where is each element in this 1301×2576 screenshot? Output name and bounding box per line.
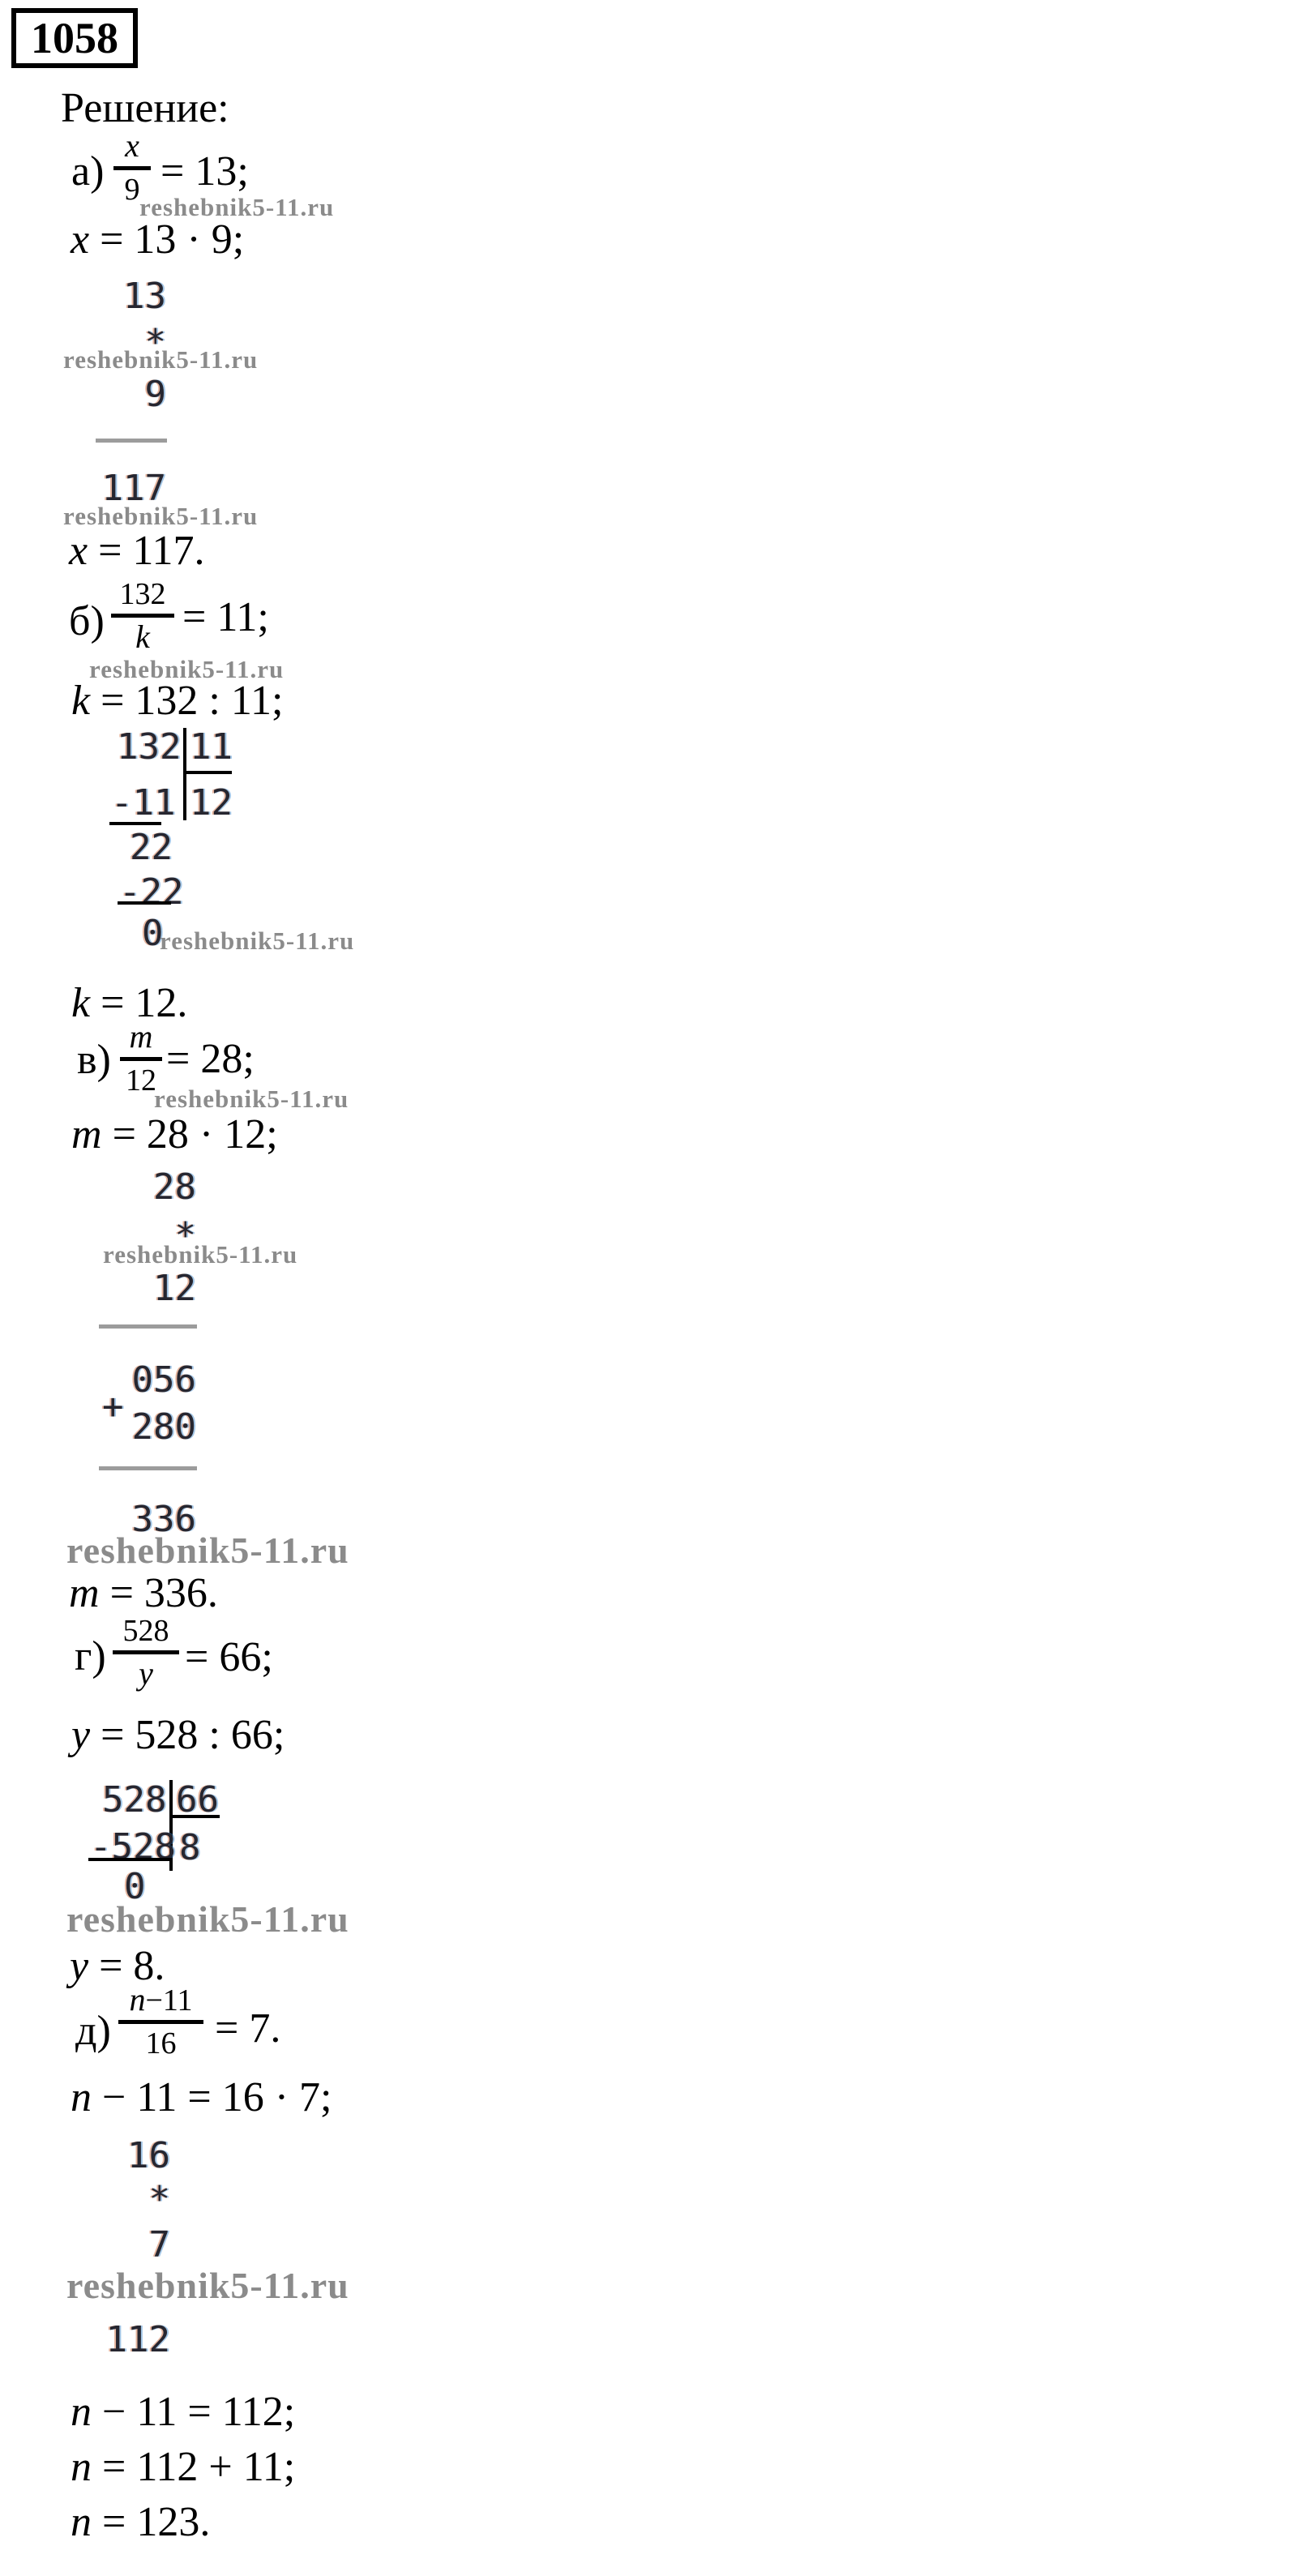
part-g-step: y = 528 : 66; — [71, 1711, 285, 1760]
part-a-rhs: = 13; — [160, 148, 249, 196]
division-remainder: 22 — [130, 828, 173, 867]
division-divisor: 11 — [190, 728, 233, 767]
division-dividend: 528 — [102, 1781, 166, 1820]
part-a-answer: x = 117. — [69, 527, 205, 576]
mult-factor1: 16 — [97, 2137, 170, 2176]
division-subtrahend: -22 — [119, 873, 183, 912]
part-v-step: m = 28 · 12; — [71, 1110, 278, 1159]
problem-number-box: 1058 — [11, 8, 138, 68]
fraction-bar — [120, 1057, 162, 1061]
fraction-numerator: 132 — [120, 576, 166, 613]
watermark: reshebnik5-11.ru — [66, 2264, 349, 2308]
part-g-rhs: = 66; — [185, 1633, 273, 1682]
division-quotient: 12 — [190, 784, 233, 823]
problem-number: 1058 — [31, 14, 118, 62]
part-b-fraction: 132 k — [111, 576, 174, 657]
part-a-label: а) — [71, 148, 104, 196]
part-d-label: д) — [75, 2007, 111, 2056]
part-b-step: k = 132 : 11; — [71, 677, 283, 725]
part-d-rhs: = 7. — [215, 2005, 280, 2053]
multiplication-rule-line — [99, 1466, 197, 1470]
fraction-numerator: m — [130, 1018, 153, 1056]
part-v-answer: m = 336. — [69, 1569, 218, 1618]
part-g-label: г) — [75, 1632, 106, 1681]
part-v-label: в) — [77, 1036, 111, 1085]
mult-factor2: 7 — [97, 2226, 170, 2265]
division-underline — [109, 822, 161, 825]
watermark: reshebnik5-11.ru — [160, 926, 354, 956]
multiplication-rule-line — [99, 1324, 197, 1329]
mult-partial-product: 056 — [123, 1361, 196, 1400]
division-underline — [88, 1858, 173, 1861]
part-d-step: n − 11 = 16 · 7; — [71, 2073, 332, 2122]
division-divisor: 66 — [176, 1781, 219, 1820]
division-vertical-bar — [183, 728, 186, 820]
fraction-denominator: k — [135, 618, 150, 657]
multiplication-rule-line — [96, 439, 167, 443]
division-quotient-line — [169, 1815, 220, 1818]
fraction-bar — [118, 2020, 203, 2024]
fraction-denominator: 12 — [126, 1062, 156, 1099]
division-subtrahend: -11 — [111, 784, 175, 823]
mult-partial-product: 280 — [123, 1408, 196, 1447]
fraction-numerator: n−11 — [129, 1981, 192, 2019]
part-g-fraction: 528 y — [113, 1612, 179, 1693]
fraction-numerator: 528 — [123, 1612, 169, 1650]
mult-factor2: 9 — [93, 375, 166, 414]
division-quotient: 8 — [179, 1829, 201, 1868]
part-d-result: n − 11 = 112; — [71, 2388, 295, 2437]
mult-operator: * — [97, 2180, 170, 2219]
mult-product: 112 — [97, 2321, 170, 2360]
watermark: reshebnik5-11.ru — [63, 345, 258, 374]
fraction-bar — [113, 1650, 179, 1654]
solution-page: 1058 Решение: а) x 9 = 13; reshebnik5-11… — [0, 0, 1301, 2576]
addition-plus-sign: + — [102, 1388, 124, 1427]
fraction-numerator: x — [125, 127, 139, 165]
division-quotient-line — [183, 771, 232, 774]
fraction-bar — [111, 614, 174, 618]
fraction-denominator: y — [139, 1655, 153, 1693]
division-underline — [118, 901, 171, 905]
mult-factor2: 12 — [123, 1269, 196, 1308]
watermark: reshebnik5-11.ru — [66, 1898, 349, 1941]
mult-factor1: 28 — [123, 1168, 196, 1207]
part-a-step: x = 13 · 9; — [71, 216, 244, 264]
fraction-denominator: 9 — [125, 171, 140, 208]
watermark: reshebnik5-11.ru — [103, 1240, 297, 1269]
division-dividend: 132 — [117, 728, 181, 767]
part-b-rhs: = 11; — [182, 593, 269, 642]
part-v-rhs: = 28; — [166, 1035, 255, 1084]
fraction-denominator: 16 — [146, 2025, 177, 2062]
part-b-label: б) — [69, 597, 105, 646]
mult-factor1: 13 — [93, 277, 166, 316]
watermark: reshebnik5-11.ru — [154, 1085, 349, 1114]
part-d-answer: n = 123. — [71, 2498, 210, 2547]
part-d-solve: n = 112 + 11; — [71, 2443, 295, 2492]
solution-heading: Решение: — [61, 84, 229, 133]
part-d-fraction: n−11 16 — [118, 1981, 203, 2062]
watermark: reshebnik5-11.ru — [66, 1529, 349, 1573]
fraction-bar — [113, 166, 151, 170]
